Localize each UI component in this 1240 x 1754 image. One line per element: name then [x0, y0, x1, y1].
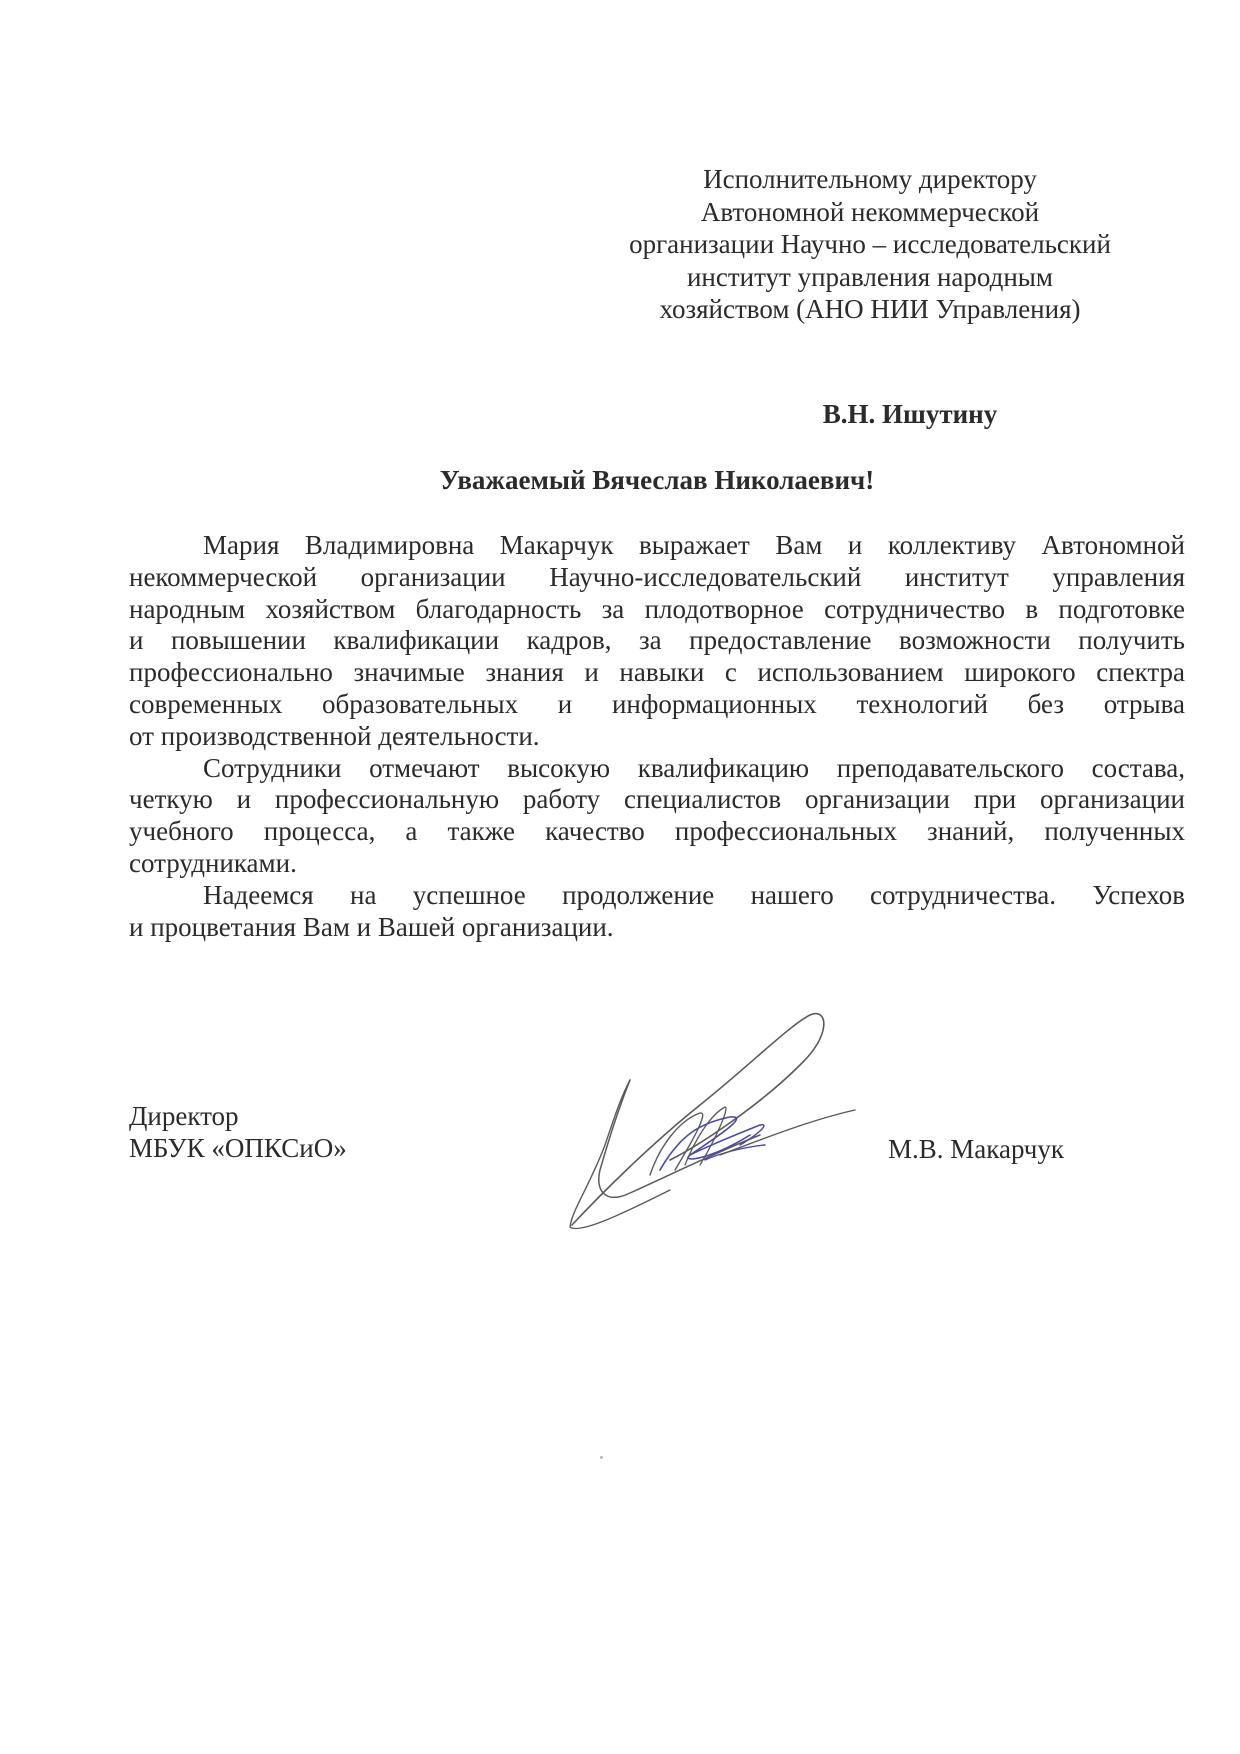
signer-position: Директор: [129, 1100, 347, 1132]
body-paragraph-2: Сотрудники отмечают высокую квалификацию…: [129, 753, 1185, 880]
signer-name: М.В. Макарчук: [888, 1133, 1064, 1165]
addressee-line: хозяйством (АНО НИИ Управления): [620, 293, 1120, 326]
body-line: Мария Владимировна Макарчук выражает Вам…: [129, 530, 1185, 562]
body-line: и повышении квалификации кадров, за пред…: [129, 625, 1185, 657]
body-line: учебного процесса, а также качество проф…: [129, 816, 1185, 848]
addressee-line: институт управления народным: [620, 261, 1120, 294]
addressee-line: Исполнительному директору: [620, 163, 1120, 196]
signer-title: Директор МБУК «ОПКСиО»: [129, 1100, 347, 1164]
body-line: народным хозяйством благодарность за пло…: [129, 594, 1185, 626]
scan-artifact: [600, 1456, 603, 1459]
body-line: профессионально значимые знания и навыки…: [129, 657, 1185, 689]
salutation: Уважаемый Вячеслав Николаевич!: [129, 464, 1185, 496]
body-line: современных образовательных и информацио…: [129, 689, 1185, 721]
body-paragraph-3: Надеемся на успешное продолжение нашего …: [129, 880, 1185, 944]
signer-organization: МБУК «ОПКСиО»: [129, 1132, 347, 1164]
letter-page: Исполнительному директору Автономной нек…: [0, 0, 1240, 1754]
body-line: сотрудниками.: [129, 848, 1185, 880]
body-line: и процветания Вам и Вашей организации.: [129, 912, 1185, 944]
body-line: четкую и профессиональную работу специал…: [129, 784, 1185, 816]
addressee-block: Исполнительному директору Автономной нек…: [620, 163, 1120, 326]
addressee-line: Автономной некоммерческой: [620, 196, 1120, 229]
body-line: некоммерческой организации Научно-исслед…: [129, 562, 1185, 594]
body-line: Сотрудники отмечают высокую квалификацию…: [129, 753, 1185, 785]
addressee-line: организации Научно – исследовательский: [620, 228, 1120, 261]
body-line: Надеемся на успешное продолжение нашего …: [129, 880, 1185, 912]
handwritten-signature-icon: [560, 995, 860, 1235]
addressee-name: В.Н. Ишутину: [780, 398, 1040, 430]
letter-body: Мария Владимировна Макарчук выражает Вам…: [129, 530, 1185, 943]
body-paragraph-1: Мария Владимировна Макарчук выражает Вам…: [129, 530, 1185, 753]
body-line: от производственной деятельности.: [129, 721, 1185, 753]
